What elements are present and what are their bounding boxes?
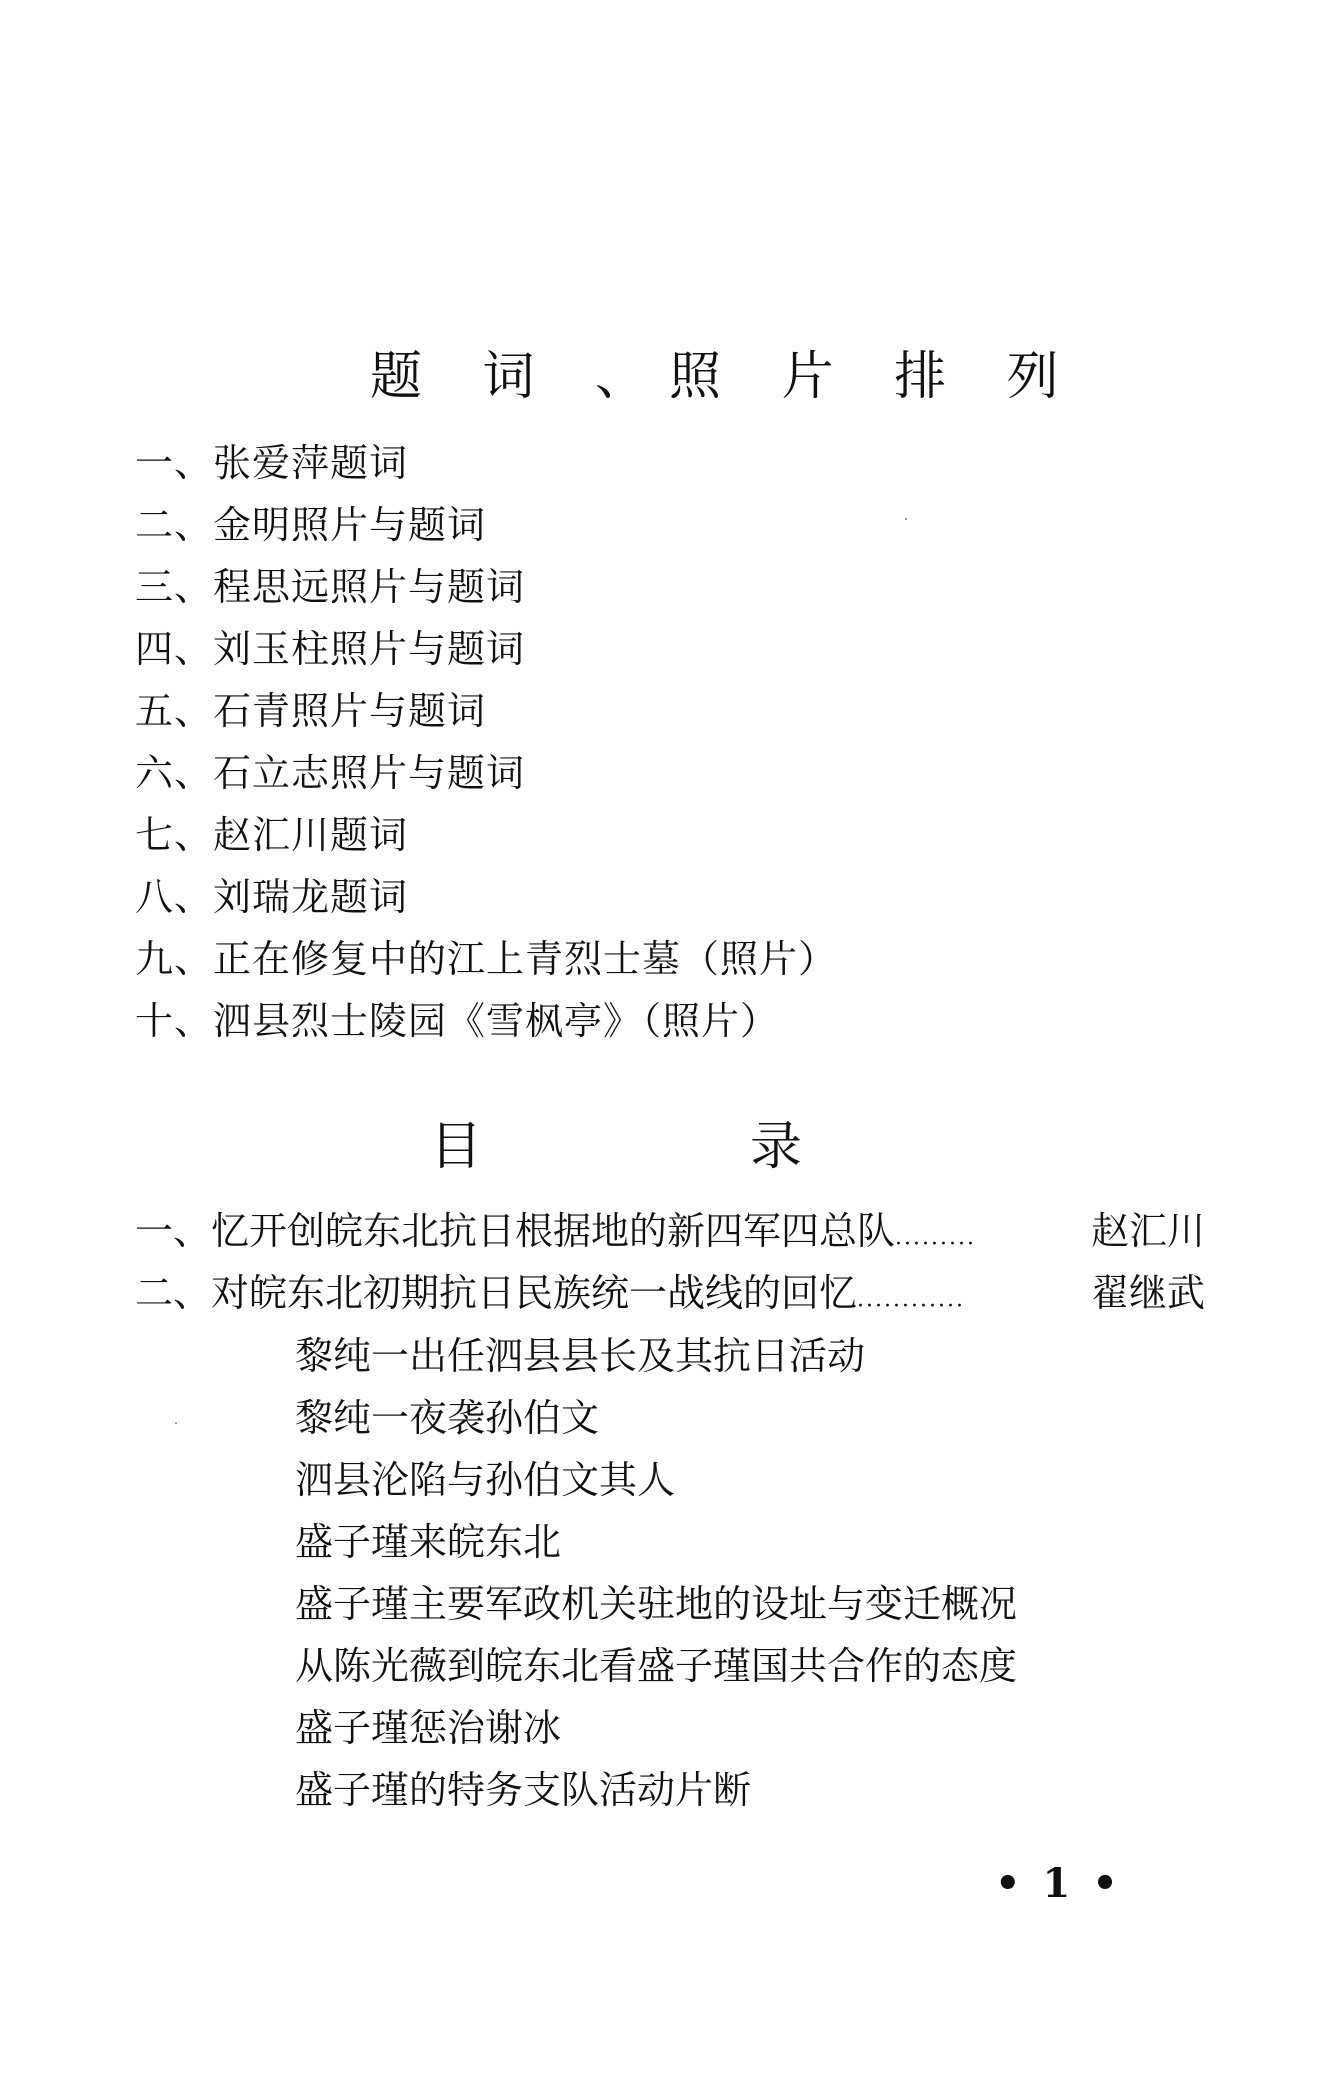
list-item: 一、张爱萍题词 [135, 432, 837, 494]
list-item: 五、石青照片与题词 [135, 680, 837, 742]
page-number: • 1 • [995, 1860, 1122, 1907]
toc-subentry: 黎纯一出任泗县县长及其抗日活动 [295, 1325, 1017, 1387]
inscriptions-photos-list: 一、张爱萍题词 二、金明照片与题词 三、程思远照片与题词 四、刘玉柱照片与题词 … [135, 432, 837, 1052]
list-item: 九、正在修复中的江上青烈士墓（照片） [135, 928, 837, 990]
toc-entry-author: 赵汇川 [1091, 1200, 1205, 1262]
toc-leader-dots: ············ [857, 1262, 1091, 1324]
toc-entry: 二、对皖东北初期抗日民族统一战线的回忆 ············ 翟继武 [135, 1262, 1205, 1324]
toc-heading: 目 录 [430, 1112, 850, 1182]
toc-entry-author: 翟继武 [1091, 1262, 1205, 1324]
toc-heading-char-2: 录 [750, 1112, 802, 1182]
toc-subentry: 盛子瑾来皖东北 [295, 1511, 1017, 1573]
list-item: 二、金明照片与题词 [135, 494, 837, 556]
list-item: 三、程思远照片与题词 [135, 556, 837, 618]
toc-subentries: 黎纯一出任泗县县长及其抗日活动 黎纯一夜袭孙伯文 泗县沦陷与孙伯文其人 盛子瑾来… [295, 1325, 1017, 1821]
toc-heading-char-1: 目 [430, 1112, 482, 1182]
table-of-contents: 一、忆开创皖东北抗日根据地的新四军四总队 ········· 赵汇川 二、对皖东… [135, 1200, 1205, 1324]
list-item: 十、泗县烈士陵园《雪枫亭》（照片） [135, 990, 837, 1052]
toc-subentry: 泗县沦陷与孙伯文其人 [295, 1449, 1017, 1511]
toc-subentry: 盛子瑾主要军政机关驻地的设址与变迁概况 [295, 1573, 1017, 1635]
scan-speck [175, 1422, 177, 1424]
toc-entry-title: 一、忆开创皖东北抗日根据地的新四军四总队 [135, 1200, 895, 1262]
toc-entry-title: 二、对皖东北初期抗日民族统一战线的回忆 [135, 1262, 857, 1324]
toc-leader-dots: ········· [895, 1200, 1091, 1262]
toc-subentry: 黎纯一夜袭孙伯文 [295, 1387, 1017, 1449]
toc-entry: 一、忆开创皖东北抗日根据地的新四军四总队 ········· 赵汇川 [135, 1200, 1205, 1262]
toc-subentry: 盛子瑾惩治谢冰 [295, 1697, 1017, 1759]
section-title-inscriptions-photos: 题 词 、照 片 排 列 [370, 345, 890, 409]
scan-speck [905, 518, 907, 520]
document-page: 题 词 、照 片 排 列 一、张爱萍题词 二、金明照片与题词 三、程思远照片与题… [0, 0, 1336, 2074]
list-item: 七、赵汇川题词 [135, 804, 837, 866]
toc-subentry: 盛子瑾的特务支队活动片断 [295, 1759, 1017, 1821]
list-item: 四、刘玉柱照片与题词 [135, 618, 837, 680]
list-item: 六、石立志照片与题词 [135, 742, 837, 804]
list-item: 八、刘瑞龙题词 [135, 866, 837, 928]
toc-subentry: 从陈光薇到皖东北看盛子瑾国共合作的态度 [295, 1635, 1017, 1697]
